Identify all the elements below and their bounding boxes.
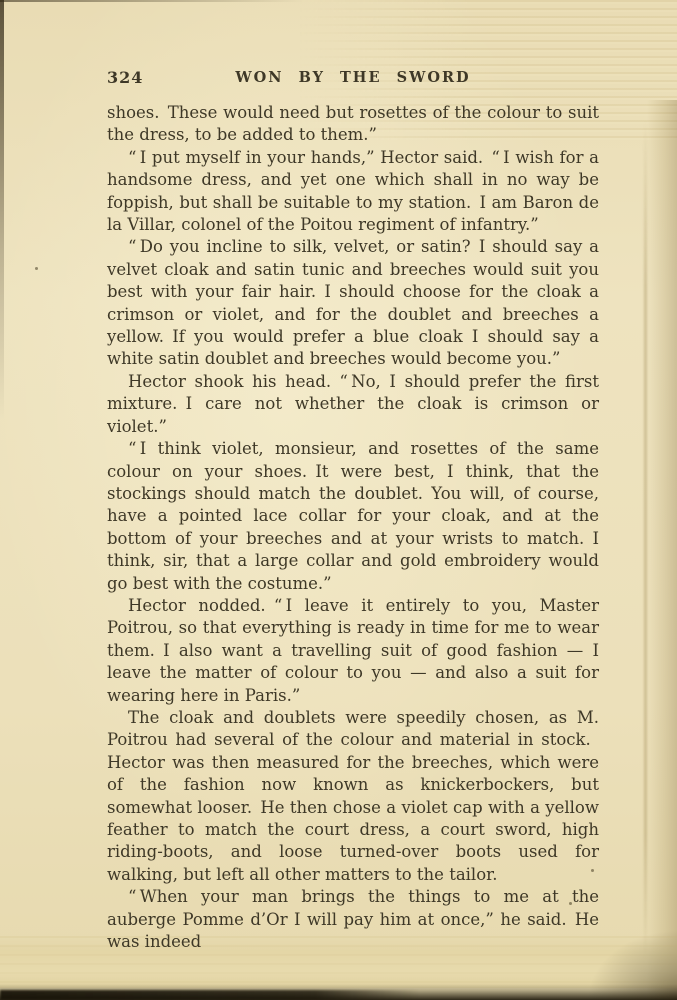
- page-edge-left: [0, 0, 4, 420]
- book-page-scan: 324 WON BY THE SWORD shoes. These would …: [0, 0, 677, 1000]
- bottom-left-shadow: [0, 990, 420, 1000]
- paragraph: “ I put myself in your hands,” Hector sa…: [107, 147, 599, 237]
- paragraph: Hector shook his head. “ No, I should pr…: [107, 371, 599, 438]
- paper-speck: [35, 267, 38, 270]
- paragraph: “ I think violet, monsieur, and rosettes…: [107, 438, 599, 595]
- page-edge-right: [647, 100, 677, 1000]
- page-body: shoes. These would need but rosettes of …: [107, 102, 599, 953]
- page-header: 324 WON BY THE SWORD: [107, 68, 599, 88]
- paragraph: “ Do you incline to silk, velvet, or sat…: [107, 236, 599, 370]
- paragraph: The cloak and doublets were speedily cho…: [107, 707, 599, 886]
- bottom-right-shadow: [587, 930, 677, 1000]
- page-edge-top: [0, 0, 305, 2]
- running-title: WON BY THE SWORD: [107, 69, 599, 86]
- paragraph: shoes. These would need but rosettes of …: [107, 102, 599, 147]
- paragraph: “ When your man brings the things to me …: [107, 886, 599, 953]
- paragraph: Hector nodded. “ I leave it entirely to …: [107, 595, 599, 707]
